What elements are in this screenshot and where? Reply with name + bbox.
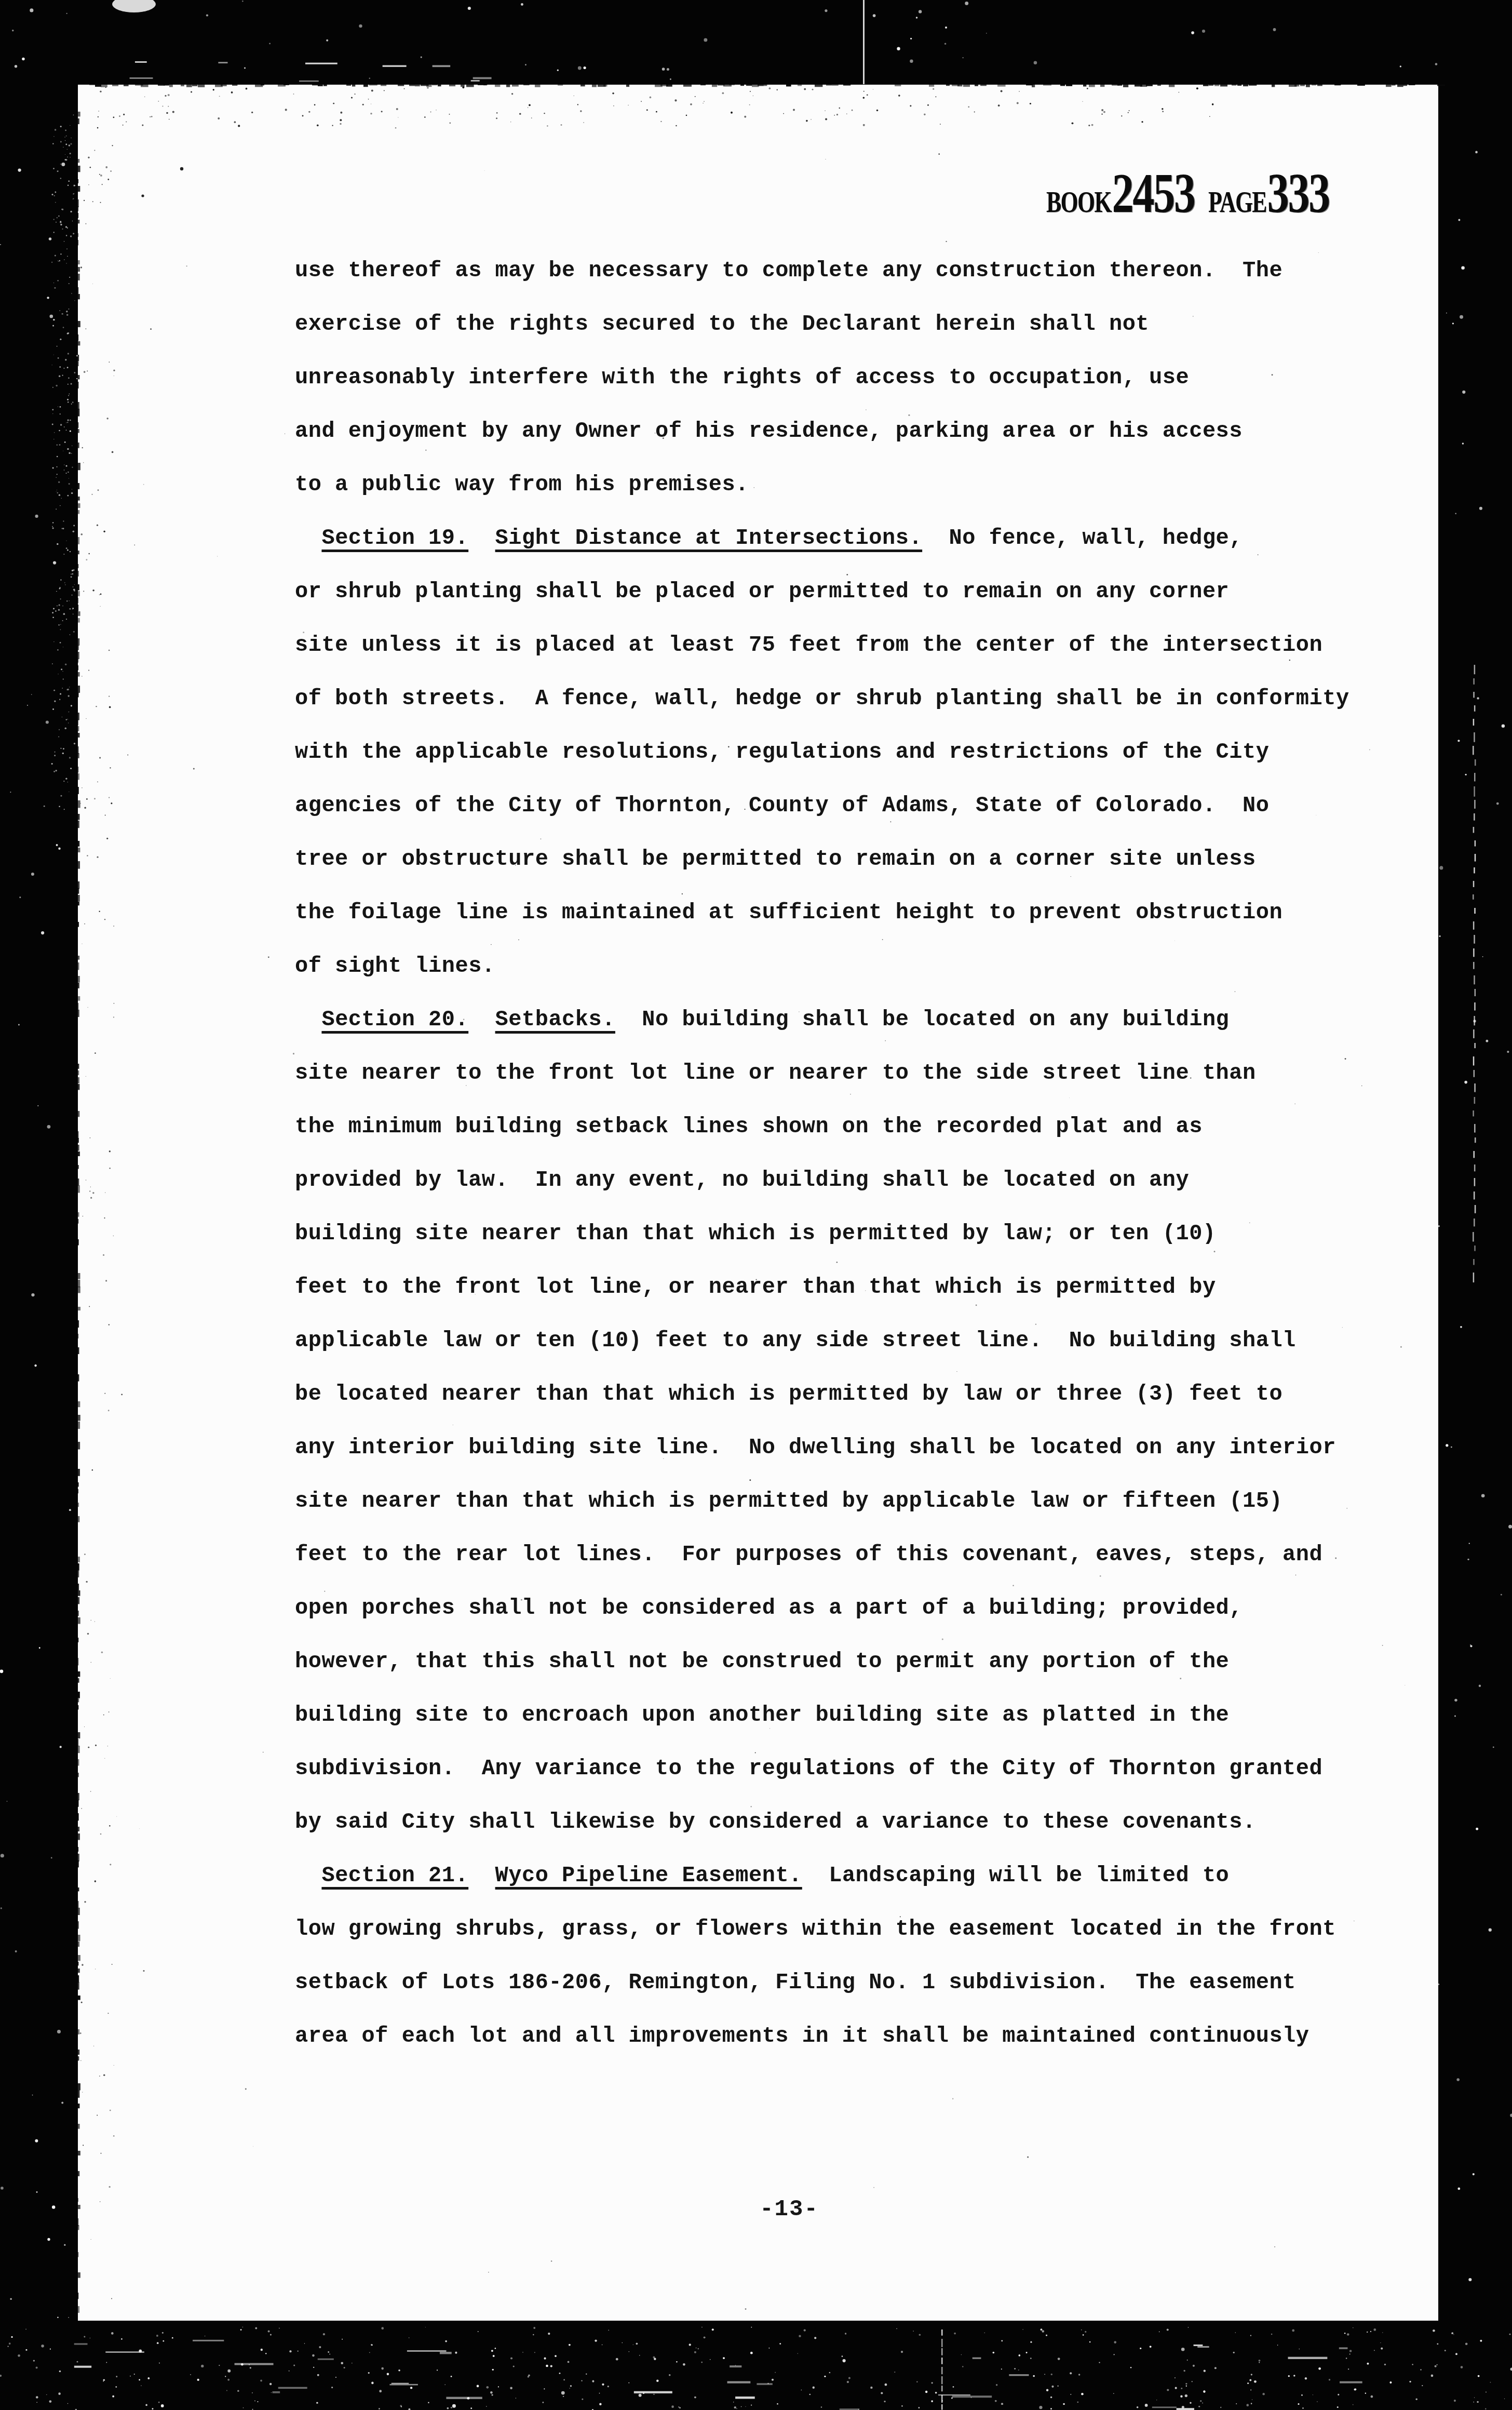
text-segment: applicable law or ten (10) feet to any s… (295, 1328, 1296, 1353)
text-line: and enjoyment by any Owner of his reside… (295, 405, 1349, 458)
text-segment: by said City shall likewise by considere… (295, 1810, 1256, 1835)
text-segment: site nearer than that which is permitted… (295, 1489, 1282, 1514)
text-segment: low growing shrubs, grass, or flowers wi… (295, 1917, 1336, 1942)
text-line: site nearer than that which is permitted… (295, 1475, 1349, 1528)
text-segment: to a public way from his premises. (295, 472, 749, 497)
text-segment: Landscaping will be limited to (802, 1863, 1230, 1888)
book-page-stamp: BOOK2453PAGE333 (1046, 166, 1329, 222)
text-line: of both streets. A fence, wall, hedge or… (295, 672, 1349, 726)
text-segment: and enjoyment by any Owner of his reside… (295, 419, 1243, 444)
page-number-stamp: 333 (1267, 166, 1329, 222)
text-segment: or shrub planting shall be placed or per… (295, 579, 1229, 604)
underlined-text: Section 20. (321, 1007, 468, 1032)
text-line: any interior building site line. No dwel… (295, 1421, 1349, 1475)
text-segment: feet to the rear lot lines. For purposes… (295, 1542, 1322, 1567)
text-segment: be located nearer than that which is per… (295, 1382, 1282, 1407)
text-line: setback of Lots 186-206, Remington, Fili… (295, 1956, 1349, 2010)
text-line: Section 20. Setbacks. No building shall … (295, 993, 1349, 1047)
text-line: or shrub planting shall be placed or per… (295, 565, 1349, 619)
text-line: exercise of the rights secured to the De… (295, 298, 1349, 351)
text-line: to a public way from his premises. (295, 458, 1349, 512)
text-line: tree or obstructure shall be permitted t… (295, 833, 1349, 886)
text-line: however, that this shall not be construe… (295, 1635, 1349, 1689)
text-segment (468, 1863, 495, 1888)
text-segment: any interior building site line. No dwel… (295, 1435, 1336, 1460)
document-text: use thereof as may be necessary to compl… (295, 244, 1349, 2063)
text-line: with the applicable resolutions, regulat… (295, 726, 1349, 779)
text-segment: however, that this shall not be construe… (295, 1649, 1229, 1674)
text-segment: of sight lines. (295, 954, 495, 979)
book-label: BOOK (1046, 186, 1111, 219)
text-line: the foilage line is maintained at suffic… (295, 886, 1349, 940)
text-line: the minimum building setback lines shown… (295, 1100, 1349, 1154)
text-segment: building site nearer than that which is … (295, 1221, 1216, 1246)
text-line: feet to the front lot line, or nearer th… (295, 1261, 1349, 1314)
text-segment: unreasonably interfere with the rights o… (295, 365, 1189, 390)
text-segment: subdivision. Any variance to the regulat… (295, 1756, 1322, 1781)
underlined-text: Sight Distance at Intersections. (495, 526, 923, 551)
text-segment: No fence, wall, hedge, (922, 526, 1243, 551)
text-line: applicable law or ten (10) feet to any s… (295, 1314, 1349, 1368)
text-line: area of each lot and all improvements in… (295, 2010, 1349, 2063)
text-segment (295, 1863, 321, 1888)
underlined-text: Section 21. (321, 1863, 468, 1888)
text-segment: open porches shall not be considered as … (295, 1596, 1243, 1621)
text-segment: exercise of the rights secured to the De… (295, 312, 1149, 337)
text-segment: area of each lot and all improvements in… (295, 2024, 1309, 2048)
text-line: site unless it is placed at least 75 fee… (295, 619, 1349, 672)
text-segment: use thereof as may be necessary to compl… (295, 258, 1282, 283)
text-segment: site nearer to the front lot line or nea… (295, 1061, 1256, 1086)
underlined-text: Wyco Pipeline Easement. (495, 1863, 802, 1888)
text-line: use thereof as may be necessary to compl… (295, 244, 1349, 298)
text-segment (468, 1007, 495, 1032)
text-line: Section 19. Sight Distance at Intersecti… (295, 512, 1349, 565)
text-line: by said City shall likewise by considere… (295, 1796, 1349, 1849)
text-line: agencies of the City of Thornton, County… (295, 779, 1349, 833)
text-line: open porches shall not be considered as … (295, 1582, 1349, 1635)
scan-background: BOOK2453PAGE333 use thereof as may be ne… (0, 0, 1512, 2410)
text-line: building site to encroach upon another b… (295, 1689, 1349, 1742)
text-line: site nearer to the front lot line or nea… (295, 1047, 1349, 1100)
text-segment: site unless it is placed at least 75 fee… (295, 633, 1322, 658)
text-line: feet to the rear lot lines. For purposes… (295, 1528, 1349, 1582)
book-number: 2453 (1112, 166, 1194, 222)
text-segment: No building shall be located on any buil… (615, 1007, 1229, 1032)
text-line: subdivision. Any variance to the regulat… (295, 1742, 1349, 1796)
text-segment: setback of Lots 186-206, Remington, Fili… (295, 1970, 1296, 1995)
text-segment: the minimum building setback lines shown… (295, 1114, 1203, 1139)
text-segment: provided by law. In any event, no buildi… (295, 1168, 1189, 1193)
text-line: building site nearer than that which is … (295, 1207, 1349, 1261)
page-number: -13- (735, 2197, 844, 2222)
page-label: PAGE (1208, 186, 1266, 219)
text-segment (295, 1007, 321, 1032)
text-segment: agencies of the City of Thornton, County… (295, 793, 1269, 818)
underlined-text: Setbacks. (495, 1007, 615, 1032)
text-segment: the foilage line is maintained at suffic… (295, 900, 1282, 925)
text-segment: feet to the front lot line, or nearer th… (295, 1275, 1216, 1300)
text-segment: of both streets. A fence, wall, hedge or… (295, 686, 1349, 711)
text-line: unreasonably interfere with the rights o… (295, 351, 1349, 405)
text-line: Section 21. Wyco Pipeline Easement. Land… (295, 1849, 1349, 1903)
text-line: of sight lines. (295, 940, 1349, 993)
text-segment: with the applicable resolutions, regulat… (295, 740, 1269, 765)
text-segment: tree or obstructure shall be permitted t… (295, 847, 1256, 872)
underlined-text: Section 19. (321, 526, 468, 551)
text-line: low growing shrubs, grass, or flowers wi… (295, 1903, 1349, 1956)
text-line: provided by law. In any event, no buildi… (295, 1154, 1349, 1207)
text-segment (295, 526, 321, 551)
text-segment: building site to encroach upon another b… (295, 1703, 1229, 1728)
text-segment (468, 526, 495, 551)
text-line: be located nearer than that which is per… (295, 1368, 1349, 1421)
